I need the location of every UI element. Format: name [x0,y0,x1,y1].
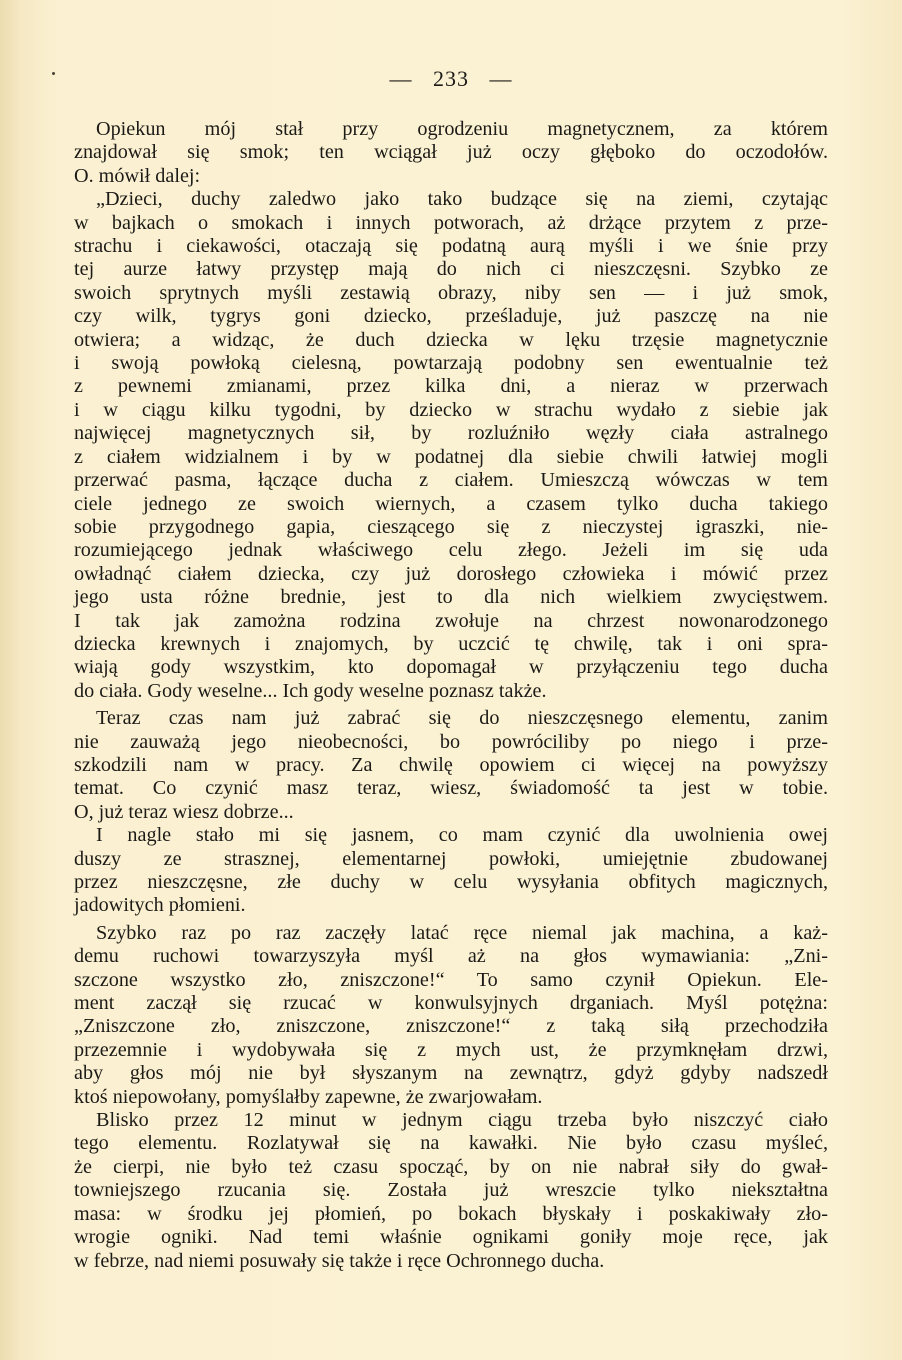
text-line: najwięcej magnetycznych sił, by rozluźni… [74,422,828,445]
text-line: i swoją powłoką cielesną, powtarzają pod… [74,352,828,375]
text-line: rozumiejącego jednak właściwego celu złe… [74,539,828,562]
text-line: szkodzili nam w pracy. Za chwilę opowiem… [74,754,828,777]
text-line: owładnąć ciałem dziecka, czy już dorosłe… [74,563,828,586]
text-line: temat. Co czynić masz teraz, wiesz, świa… [74,777,828,800]
text-line: nie zauważą jego nieobecności, bo powróc… [74,731,828,754]
text-line: ciele jednego ze swoich wiernych, a czas… [74,493,828,516]
page-header: — 233 — [0,66,902,92]
paragraph: Szybko raz po raz zaczęły latać ręce nie… [74,922,828,1109]
paragraph: Opiekun mój stał przy ogrodzeniu magnety… [74,118,828,188]
text-line: aby głos mój nie był słyszanym na zewnąt… [74,1062,828,1085]
text-line: przezemnie i wydobywała się z mych ust, … [74,1039,828,1062]
text-line: swoich sprytnych myśli zestawią obrazy, … [74,282,828,305]
text-line: czy wilk, tygrys goni dziecko, prześladu… [74,305,828,328]
text-line: masa: w środku jej płomień, po bokach bł… [74,1203,828,1226]
paragraph: Teraz czas nam już zabrać się do nieszcz… [74,707,828,824]
paragraph: I nagle stało mi się jasnem, co mam czyn… [74,824,828,918]
text-line: O. mówił dalej: [74,165,828,188]
text-line: towniejszego rzucania się. Została już w… [74,1179,828,1202]
text-line: przez nieszczęsne, złe duchy w celu wysy… [74,871,828,894]
text-line: przerwać pasma, łączące ducha z ciałem. … [74,469,828,492]
text-line: znajdował się smok; ten wciągał już oczy… [74,141,828,164]
text-line: tego elementu. Rozlatywał się na kawałki… [74,1132,828,1155]
text-line: „Zniszczone zło, zniszczone, zniszczone!… [74,1015,828,1038]
text-line: wiają gody wszystkim, kto dopomagał w pr… [74,656,828,679]
paragraph: „Dzieci, duchy zaledwo jako tako budzące… [74,188,828,703]
text-line: I nagle stało mi się jasnem, co mam czyn… [74,824,828,847]
text-line: sobie przygodnego gapia, cieszącego się … [74,516,828,539]
text-line: w bajkach o smokach i innych potworach, … [74,212,828,235]
header-dash-right: — [490,66,513,92]
text-line: z pewnemi zmianami, przez kilka dni, a n… [74,375,828,398]
text-line: Opiekun mój stał przy ogrodzeniu magnety… [74,118,828,141]
text-line: Szybko raz po raz zaczęły latać ręce nie… [74,922,828,945]
text-line: duszy ze strasznej, elementarnej powłoki… [74,848,828,871]
text-line: „Dzieci, duchy zaledwo jako tako budzące… [74,188,828,211]
text-line: otwiera; a widząc, że duch dziecka w lęk… [74,329,828,352]
text-line: że cierpi, nie było też czasu spocząć, b… [74,1156,828,1179]
text-line: tej aurze łatwy przystęp mają do nich ci… [74,258,828,281]
text-line: I tak jak zamożna rodzina zwołuje na chr… [74,610,828,633]
text-line: w febrze, nad niemi posuwały się także i… [74,1250,828,1273]
text-line: dziecka krewnych i znajomych, by uczcić … [74,633,828,656]
body-text: Opiekun mój stał przy ogrodzeniu magnety… [74,118,828,1273]
header-dash-left: — [390,66,413,92]
text-line: jego usta różne bredni­e, jest to dla ni… [74,586,828,609]
text-line: demu ruchowi towarzyszyła myśl aż na gło… [74,945,828,968]
text-line: jadowitych płomieni. [74,894,828,917]
paragraph: Blisko przez 12 minut w jednym ciągu trz… [74,1109,828,1273]
text-line: Blisko przez 12 minut w jednym ciągu trz… [74,1109,828,1132]
text-line: i w ciągu kilku tygodni, by dziecko w st… [74,399,828,422]
text-line: O, już teraz wiesz dobrze... [74,801,828,824]
text-line: Teraz czas nam już zabrać się do nieszcz… [74,707,828,730]
text-line: z ciałem widzialnem i by w podatnej dla … [74,446,828,469]
text-line: wrogie ogniki. Nad temi właśnie ognikami… [74,1226,828,1249]
text-line: szczone wszystko zło, zniszczone!“ To sa… [74,969,828,992]
text-line: ktoś niepowołany, pomyślałby zapewne, że… [74,1086,828,1109]
page-number: 233 [433,66,469,91]
text-line: ment zaczął się rzucać w konwulsyjnych d… [74,992,828,1015]
text-line: strachu i ciekawości, otaczają się podat… [74,235,828,258]
text-line: do ciała. Gody weselne... Ich gody wesel… [74,680,828,703]
